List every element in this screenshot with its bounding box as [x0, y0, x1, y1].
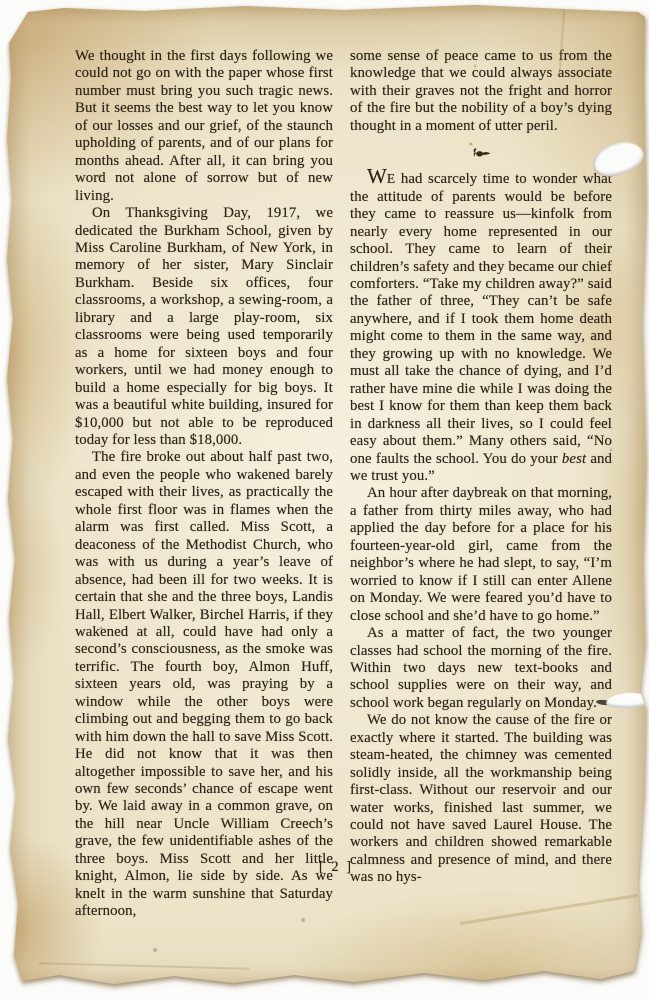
paragraph: The fire broke out about half past two, … — [75, 449, 333, 920]
column-section-text: WE had scarcely time to wonder what the … — [350, 170, 612, 887]
text-segment: On Thanksgiving Day, 1917, we dedicated … — [75, 205, 333, 448]
text-segment: An hour after daybreak on that morning, … — [350, 485, 612, 623]
text-column-right: some sense of peace came to us from the … — [350, 48, 612, 887]
text-segment: We do not know the cause of the fire or … — [350, 712, 612, 885]
document-page: We thought in the first days following w… — [4, 3, 646, 992]
text-segment: We thought in the first days following w… — [75, 48, 333, 204]
paper-tear-chip — [606, 691, 649, 709]
section-divider — [350, 145, 612, 159]
paragraph: We do not know the cause of the fire or … — [350, 712, 612, 887]
text-segment: best — [562, 451, 586, 467]
text-segment: had scarcely time to wonder what the att… — [350, 171, 612, 466]
hedera-fleuron-icon — [471, 147, 491, 160]
column-continuation-text: some sense of peace came to us from the … — [350, 48, 612, 135]
paragraph: On Thanksgiving Day, 1917, we dedicated … — [75, 205, 333, 449]
page-number: [ 2 ] — [300, 859, 372, 876]
text-segment: W — [367, 164, 387, 188]
text-column-left: We thought in the first days following w… — [75, 48, 333, 921]
text-segment: The fire broke out about half past two, … — [75, 449, 333, 919]
text-segment: As a matter of fact, the two younger cla… — [350, 625, 612, 711]
scanned-page-canvas: We thought in the first days following w… — [0, 0, 649, 1000]
paragraph: An hour after daybreak on that morning, … — [350, 485, 612, 625]
paper-crease — [460, 894, 638, 925]
text-segment: some sense of peace came to us from the … — [350, 48, 612, 134]
paragraph: WE had scarcely time to wonder what the … — [350, 170, 612, 485]
paragraph: We thought in the first days following w… — [75, 48, 333, 205]
paper-speckles — [4, 3, 6, 5]
paragraph: As a matter of fact, the two younger cla… — [350, 625, 612, 712]
paper-crease — [39, 962, 249, 969]
paper-shadow: We thought in the first days following w… — [0, 0, 649, 1000]
paragraph: some sense of peace came to us from the … — [350, 48, 612, 135]
